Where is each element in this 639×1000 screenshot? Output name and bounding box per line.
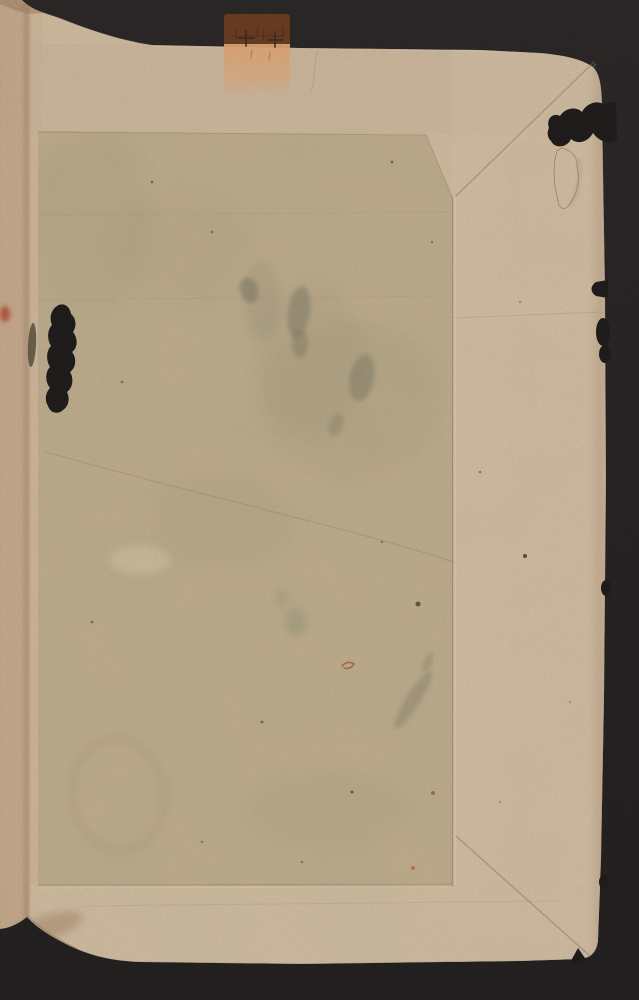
book-photo-scene: [0, 0, 639, 1000]
photo-grain-overlay: [0, 0, 639, 1000]
book-page-photo: [0, 0, 639, 1000]
